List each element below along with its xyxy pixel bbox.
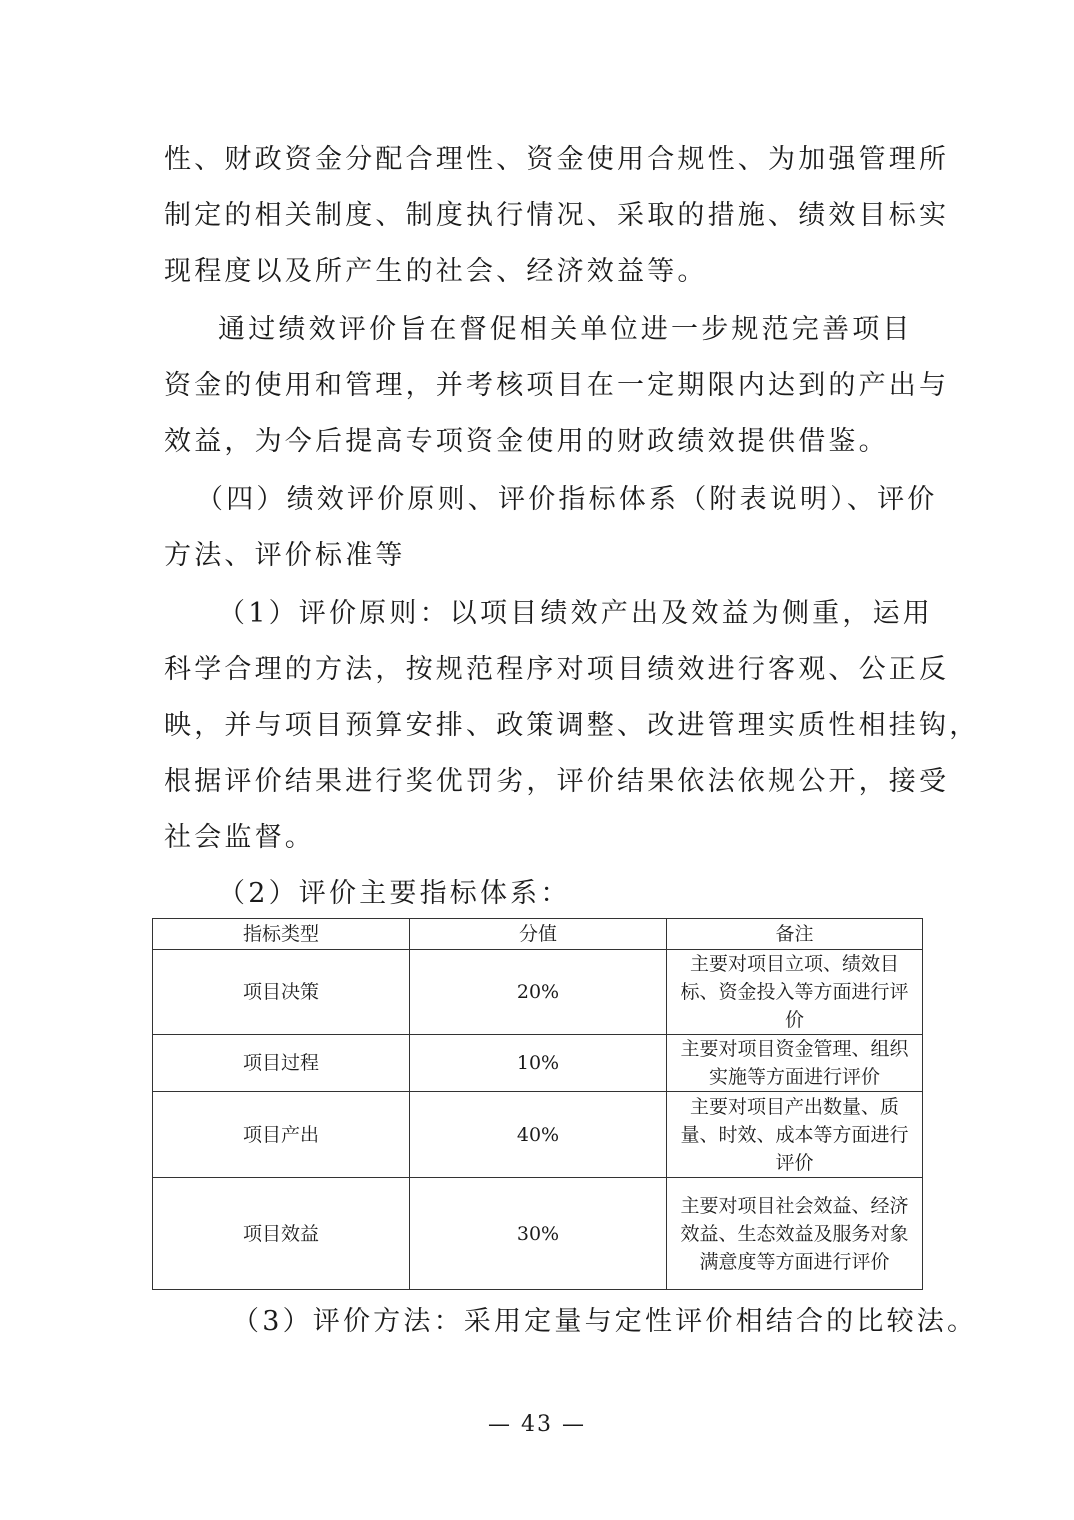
paragraph-1-line-1: 性、财政资金分配合理性、资金使用合规性、为加强管理所 bbox=[164, 142, 949, 178]
cell-note: 主要对项目立项、绩效目标、资金投入等方面进行评价 bbox=[667, 950, 923, 1035]
principle-line-5: 社会监督。 bbox=[164, 820, 315, 856]
section-4-heading-line-2: 方法、评价标准等 bbox=[164, 538, 406, 574]
table-header-row: 指标类型 分值 备注 bbox=[153, 919, 923, 950]
paragraph-1-line-3: 现程度以及所产生的社会、经济效益等。 bbox=[164, 254, 708, 290]
table-row: 项目产出 40% 主要对项目产出数量、质量、时效、成本等方面进行评价 bbox=[153, 1092, 923, 1178]
table-row: 项目效益 30% 主要对项目社会效益、经济效益、生态效益及服务对象满意度等方面进… bbox=[153, 1178, 923, 1290]
table-row: 项目过程 10% 主要对项目资金管理、组织实施等方面进行评价 bbox=[153, 1035, 923, 1092]
indicator-table: 指标类型 分值 备注 项目决策 20% 主要对项目立项、绩效目标、资金投入等方面… bbox=[152, 918, 923, 1290]
paragraph-2-line-3: 效益，为今后提高专项资金使用的财政绩效提供借鉴。 bbox=[164, 424, 889, 460]
section-4-heading-line-1: （四）绩效评价原则、评价指标体系（附表说明）、评价 bbox=[196, 482, 938, 518]
cell-score: 40% bbox=[410, 1092, 667, 1178]
paragraph-2-line-2: 资金的使用和管理，并考核项目在一定期限内达到的产出与 bbox=[164, 368, 949, 404]
principle-line-2: 科学合理的方法，按规范程序对项目绩效进行客观、公正反 bbox=[164, 652, 949, 688]
cell-note: 主要对项目社会效益、经济效益、生态效益及服务对象满意度等方面进行评价 bbox=[667, 1178, 923, 1290]
paragraph-2-line-1: 通过绩效评价旨在督促相关单位进一步规范完善项目 bbox=[218, 312, 913, 348]
table-row: 项目决策 20% 主要对项目立项、绩效目标、资金投入等方面进行评价 bbox=[153, 950, 923, 1035]
cell-type: 项目产出 bbox=[153, 1092, 410, 1178]
principle-line-3: 映，并与项目预算安排、政策调整、改进管理实质性相挂钩， bbox=[164, 708, 979, 744]
principle-line-4: 根据评价结果进行奖优罚劣，评价结果依法依规公开，接受 bbox=[164, 764, 949, 800]
cell-score: 10% bbox=[410, 1035, 667, 1092]
header-note: 备注 bbox=[667, 919, 923, 950]
cell-score: 20% bbox=[410, 950, 667, 1035]
cell-type: 项目决策 bbox=[153, 950, 410, 1035]
principle-line-1: （1）评价原则：以项目绩效产出及效益为侧重，运用 bbox=[218, 596, 933, 632]
indicator-heading: （2）评价主要指标体系： bbox=[218, 876, 571, 912]
cell-score: 30% bbox=[410, 1178, 667, 1290]
cell-type: 项目过程 bbox=[153, 1035, 410, 1092]
page-number: — 43 — bbox=[0, 1412, 1074, 1437]
cell-note: 主要对项目产出数量、质量、时效、成本等方面进行评价 bbox=[667, 1092, 923, 1178]
paragraph-1-line-2: 制定的相关制度、制度执行情况、采取的措施、绩效目标实 bbox=[164, 198, 949, 234]
header-score: 分值 bbox=[410, 919, 667, 950]
cell-note: 主要对项目资金管理、组织实施等方面进行评价 bbox=[667, 1035, 923, 1092]
method-line: （3）评价方法：采用定量与定性评价相结合的比较法。 bbox=[232, 1304, 977, 1340]
header-indicator-type: 指标类型 bbox=[153, 919, 410, 950]
cell-type: 项目效益 bbox=[153, 1178, 410, 1290]
